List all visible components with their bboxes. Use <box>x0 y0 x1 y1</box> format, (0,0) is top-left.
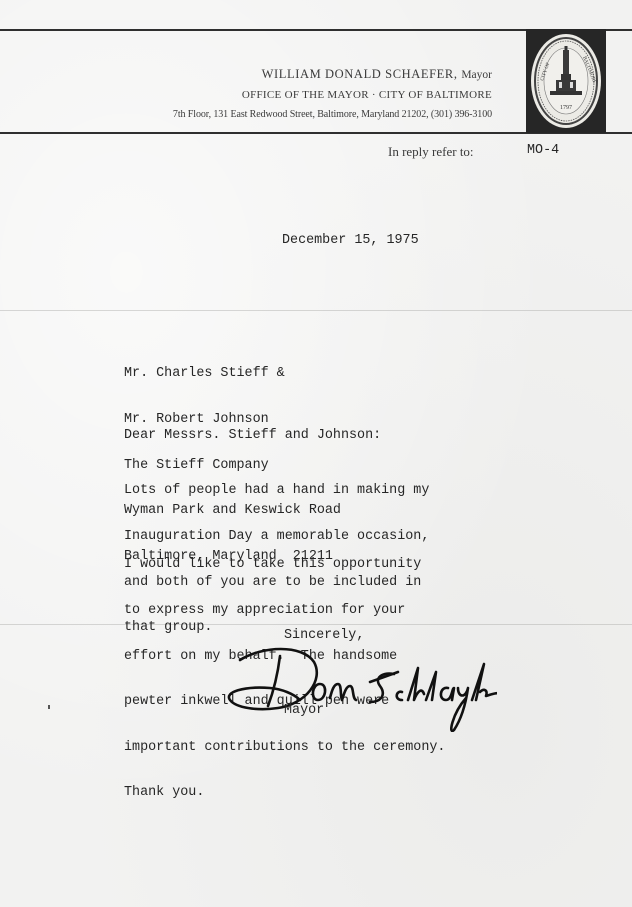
mayor-name: WILLIAM DONALD SCHAEFER, <box>262 67 458 81</box>
letterhead-name-line: WILLIAM DONALD SCHAEFER, Mayor <box>173 64 492 85</box>
paper-speck <box>48 705 50 709</box>
fold-line <box>0 310 632 311</box>
svg-text:1797: 1797 <box>560 105 572 111</box>
mayor-title: Mayor <box>461 69 492 81</box>
body-line: important contributions to the ceremony. <box>124 740 445 755</box>
closing: Sincerely, <box>284 628 364 643</box>
body-line: Lots of people had a hand in making my <box>124 483 429 498</box>
address-line: 7th Floor, 131 East Redwood Street, Balt… <box>173 105 492 125</box>
letter-page: WILLIAM DONALD SCHAEFER, Mayor OFFICE OF… <box>0 0 632 907</box>
handwritten-signature <box>222 642 497 737</box>
reply-reference-label: In reply refer to: <box>388 144 474 160</box>
signer-title: Mayor <box>284 703 324 718</box>
letterhead: WILLIAM DONALD SCHAEFER, Mayor OFFICE OF… <box>173 64 492 125</box>
body-line: I would like to take this opportunity <box>124 557 445 572</box>
salutation: Dear Messrs. Stieff and Johnson: <box>124 428 381 443</box>
letter-date: December 15, 1975 <box>282 233 419 248</box>
body-line: Thank you. <box>124 785 445 800</box>
office-line: OFFICE OF THE MAYOR · CITY OF BALTIMORE <box>173 85 492 105</box>
city-seal-icon: 1797 CITY OF BALTIMORE <box>526 29 606 133</box>
recipient-line: Mr. Charles Stieff & <box>124 366 341 381</box>
body-line: to express my appreciation for your <box>124 603 445 618</box>
recipient-line: Mr. Robert Johnson <box>124 412 341 427</box>
reference-code: MO-4 <box>527 143 559 158</box>
